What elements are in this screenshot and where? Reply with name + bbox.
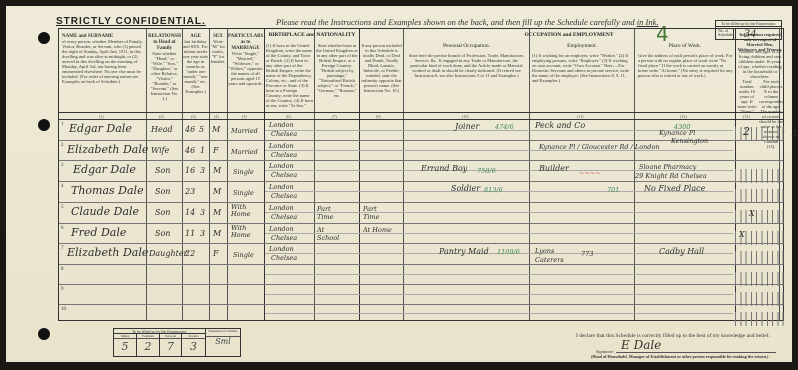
age-months: 3: [200, 208, 205, 217]
person-name: Claude Dale: [71, 205, 139, 218]
col-total-children-header: Total number under 16 years of age. If n…: [737, 79, 757, 114]
occupation: Soldier: [451, 184, 480, 193]
person-name: Elizabeth Dale: [67, 246, 148, 259]
row-number: 9: [61, 287, 64, 292]
age-months: 5: [199, 125, 204, 134]
relationship: Son: [155, 229, 170, 238]
birthplace-1: London: [269, 204, 294, 212]
age: 14: [185, 208, 195, 217]
marital-status: Married: [231, 127, 258, 135]
age: 46: [185, 125, 195, 134]
females-count: Females 2: [137, 334, 160, 356]
child-mark: X: [749, 209, 755, 218]
birthplace-2: Chelsea: [271, 192, 297, 200]
person-name: Elizabeth Dale: [67, 143, 148, 156]
place-of-work-title: Place of Work.: [635, 43, 735, 49]
occupation-code: 758/6: [477, 167, 496, 175]
col-name-header: NAME and SURNAMEof every person, whether…: [62, 33, 144, 84]
sex: M: [213, 166, 221, 175]
col-place-header: Give the address of each person's place …: [638, 53, 733, 78]
children-total: 2: [743, 125, 750, 138]
males-count: Males 5: [114, 334, 137, 356]
infirmity: At Home: [363, 226, 393, 234]
age: 46: [185, 146, 195, 155]
marital-status: Single: [233, 251, 254, 259]
punch-hole: [38, 119, 50, 131]
employment: Peck and Co: [535, 121, 585, 130]
sex: F: [213, 249, 219, 258]
marital-status: Married: [231, 148, 258, 156]
employment-title: Employment.: [530, 43, 634, 49]
place-of-work: Cadby Hall: [659, 247, 704, 256]
birthplace-1: London: [269, 162, 294, 170]
place-code: 4300: [674, 123, 691, 131]
relationship: Son: [155, 166, 170, 175]
sex: M: [213, 208, 221, 217]
birthplace-2: Chelsea: [271, 213, 297, 221]
col-birthplace-header: (1) If born in the United Kingdom, write…: [266, 43, 313, 108]
col-employment-header: (1) If working for an employer, write "W…: [532, 53, 632, 83]
occupation: Joiner: [455, 122, 479, 131]
instructions-line: Please read the Instructions and Example…: [276, 17, 659, 27]
personal-occupation-title: Personal Occupation.: [404, 43, 529, 49]
nationality: Part Time: [317, 205, 347, 221]
relationship: Wife: [151, 146, 169, 155]
sex: M: [212, 125, 220, 134]
occupation: Errand Boy: [421, 164, 467, 173]
age: 23: [185, 187, 195, 196]
birthplace-title: BIRTHPLACE and NATIONALITY: [265, 32, 359, 38]
fertility-text: Number and ages of all living children a…: [737, 49, 783, 79]
sex: M: [213, 187, 221, 196]
enumerator-box: To be filled up by the Enumerator. Males…: [113, 328, 241, 357]
col-infirmity-header: If any person included in this Schedule …: [361, 43, 402, 93]
occupation-code: 1109/6: [497, 248, 520, 256]
birthplace-2: Chelsea: [271, 254, 297, 262]
rooms-count: Rooms 3: [182, 334, 205, 356]
age-months: 3: [200, 229, 205, 238]
occupation-title: OCCUPATION and EMPLOYMENT: [404, 32, 734, 38]
marital-status: With Home: [231, 225, 261, 239]
declaration-text: I declare that this Schedule is correctl…: [576, 333, 770, 339]
enumerator-initials: Enumerator's Initials Sml: [205, 329, 240, 356]
child-age-grid: [735, 306, 785, 330]
place-of-work: Sloane Pharmacy: [639, 163, 696, 171]
birthplace-2: Chelsea: [271, 234, 297, 242]
child-mark: X: [792, 129, 798, 138]
nationality: At School: [317, 226, 347, 242]
place-code: 701: [607, 186, 619, 194]
age: 22: [185, 249, 195, 258]
row-number: 10: [61, 307, 66, 312]
punch-hole: [38, 328, 50, 340]
age-months: 3: [200, 166, 205, 175]
marital-status: With Home: [231, 204, 261, 218]
place-of-work-2: 29 Knight Rd Chelsea: [635, 172, 707, 180]
person-name: Thomas Dale: [71, 184, 144, 197]
employment: Builder: [539, 164, 569, 173]
child-mark: X: [739, 230, 745, 239]
place-code: 773: [581, 250, 593, 258]
col-relationship-header: RELATIONSHIP to Head of FamilyState whet…: [148, 33, 181, 101]
relationship: Daughter: [149, 249, 187, 258]
row-number: 8: [61, 267, 64, 272]
punch-hole: [38, 32, 50, 44]
col-marriage-header: PARTICULARS as to MARRIAGEWrite "Single,…: [228, 33, 263, 86]
age: 16: [185, 166, 195, 175]
occupation: Pantry Maid: [439, 247, 489, 256]
occupation-code: 813/6: [484, 186, 503, 194]
persons-count: Persons 7: [160, 334, 182, 356]
place-of-work-2: Kensington: [671, 137, 708, 145]
infirmity: Part Time: [363, 205, 393, 221]
birthplace-1: London: [269, 245, 294, 253]
marital-status: Single: [233, 168, 254, 176]
birthplace-2: Chelsea: [271, 130, 297, 138]
place-of-work: No Fixed Place: [644, 184, 705, 193]
col-sex-header: SEXWrite "M" for males, "F" for females.: [210, 33, 226, 64]
relationship: Son: [155, 208, 170, 217]
relationship: Son: [155, 187, 170, 196]
person-name: Edgar Dale: [73, 163, 136, 176]
signature: E Dale: [621, 338, 661, 352]
census-table: NAME and SURNAMEof every person, whether…: [58, 28, 784, 321]
marital-status: Single: [233, 189, 254, 197]
sex: F: [213, 146, 219, 155]
confidential-title: STRICTLY CONFIDENTIAL.: [56, 16, 206, 27]
birthplace-1: London: [269, 225, 294, 233]
signature-line: [616, 352, 776, 353]
census-schedule-sheet: STRICTLY CONFIDENTIAL. Please read the I…: [6, 6, 792, 362]
col-occupation-header: State here the precise branch of Profess…: [407, 53, 526, 78]
signature-caption: (Head of Household, Manager of Establish…: [591, 354, 768, 359]
age: 11: [185, 229, 195, 238]
birthplace-2: Chelsea: [271, 151, 297, 159]
person-name: Edgar Dale: [69, 122, 132, 135]
birthplace-2: Chelsea: [271, 171, 297, 179]
col-age-header: AGElast birthday and SEX. For infants un…: [183, 33, 208, 94]
birthplace-1: London: [269, 142, 294, 150]
employment: Kynance Pl / Gloucester Rd / London: [539, 143, 660, 151]
annotation: ~~~~: [579, 169, 601, 177]
birthplace-1: London: [269, 121, 294, 129]
col-nationality-header: State whether born in the United Kingdom…: [316, 43, 358, 98]
age-months: 1: [200, 146, 205, 155]
occupation-code: 474/6: [495, 123, 514, 131]
birthplace-1: London: [269, 183, 294, 191]
person-name: Fred Dale: [71, 226, 126, 239]
employment: Lyons Caterers: [535, 247, 575, 265]
relationship: Head: [151, 125, 173, 134]
sex: M: [213, 229, 221, 238]
